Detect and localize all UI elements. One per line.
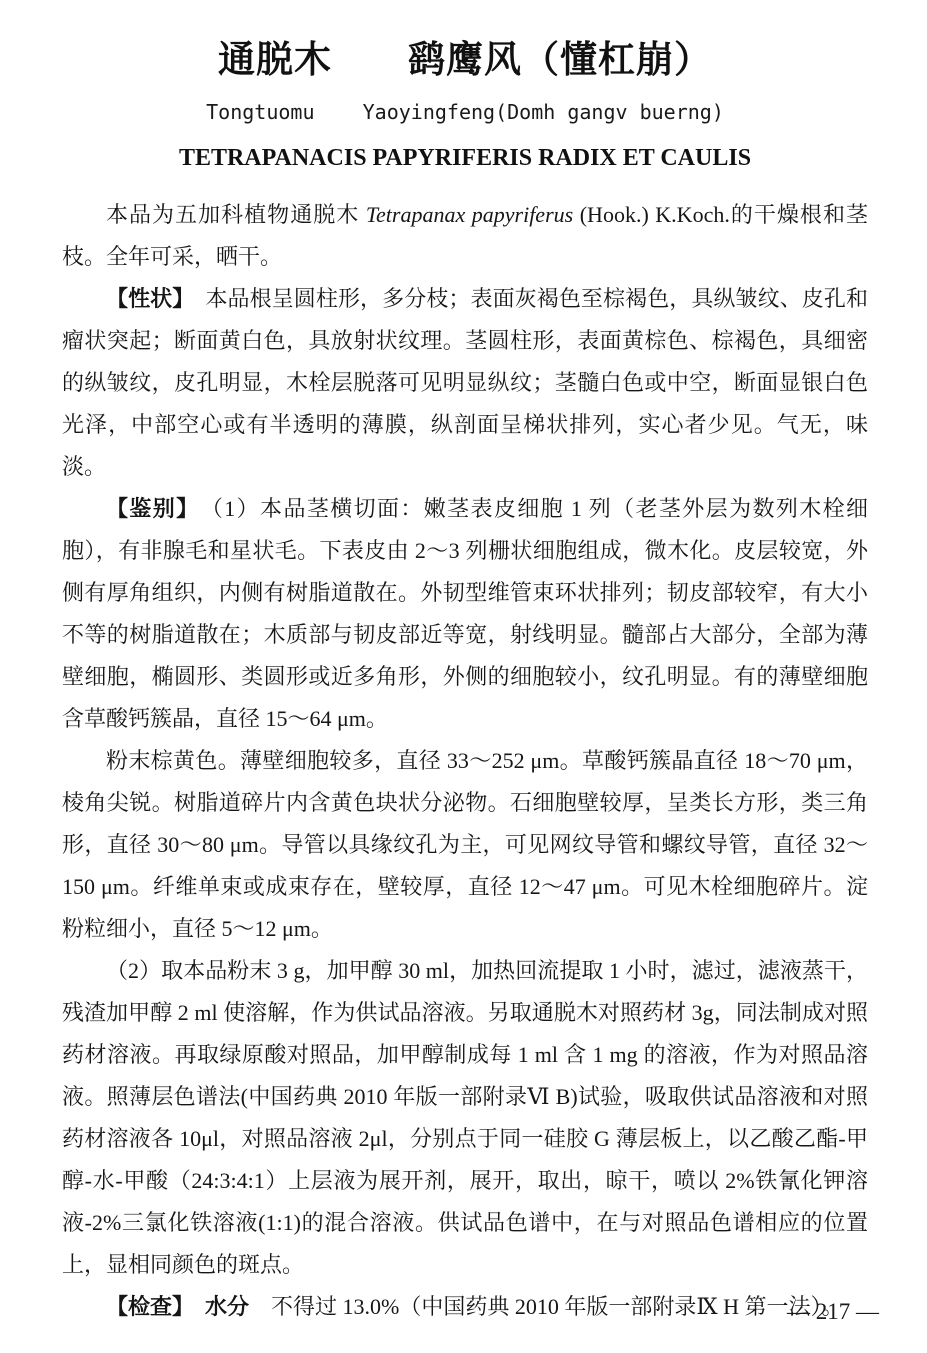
page-title-latin: TETRAPANACIS PAPYRIFERIS RADIX ET CAULIS bbox=[62, 144, 868, 172]
section-heading: 【性状】 bbox=[106, 286, 183, 311]
identification-1-paragraph: 【鉴别】 （1）本品茎横切面：嫩茎表皮细胞 1 列（老茎外层为数列木栓细胞），有… bbox=[62, 488, 868, 740]
page-title-pinyin: Tongtuomu Yaoyingfeng(Domh gangv buerng) bbox=[62, 100, 868, 124]
text-segment: 不得过 13.0%（中国药典 2010 年版一部附录Ⅸ H 第一法）。 bbox=[249, 1294, 843, 1319]
powder-paragraph: 粉末棕黄色。薄壁细胞较多，直径 33～252 μm。草酸钙簇晶直径 18～70 … bbox=[62, 740, 868, 950]
page-content: 通脱木 鹞鹰风（懂杠崩） Tongtuomu Yaoyingfeng(Domh … bbox=[62, 36, 868, 1328]
section-heading: 【检查】 bbox=[106, 1294, 183, 1319]
source-paragraph: 本品为五加科植物通脱木 Tetrapanax papyriferus (Hook… bbox=[62, 194, 868, 278]
section-heading: 水分 bbox=[205, 1294, 249, 1319]
page-number: — 217 — bbox=[787, 1299, 879, 1325]
text-segment: （2）取本品粉末 3 g，加甲醇 30 ml，加热回流提取 1 小时，滤过，滤液… bbox=[62, 958, 868, 1277]
text-segment: 粉末棕黄色。薄壁细胞较多，直径 33～252 μm。草酸钙簇晶直径 18～70 … bbox=[62, 748, 868, 941]
text-segment: （1）本品茎横切面：嫩茎表皮细胞 1 列（老茎外层为数列木栓细胞），有非腺毛和星… bbox=[62, 496, 868, 731]
identification-2-paragraph: （2）取本品粉末 3 g，加甲醇 30 ml，加热回流提取 1 小时，滤过，滤液… bbox=[62, 950, 868, 1286]
properties-paragraph: 【性状】 本品根呈圆柱形，多分枝；表面灰褐色至棕褐色，具纵皱纹、皮孔和瘤状突起；… bbox=[62, 278, 868, 488]
inspection-paragraph: 【检查】 水分 不得过 13.0%（中国药典 2010 年版一部附录Ⅸ H 第一… bbox=[62, 1286, 868, 1328]
text-segment bbox=[183, 1294, 205, 1319]
body-text: 本品为五加科植物通脱木 Tetrapanax papyriferus (Hook… bbox=[62, 194, 868, 1328]
text-segment: 本品为五加科植物通脱木 bbox=[106, 202, 366, 227]
page-title-chinese: 通脱木 鹞鹰风（懂杠崩） bbox=[62, 36, 868, 84]
section-heading: 【鉴别】 bbox=[106, 496, 189, 521]
document-page: 通脱木 鹞鹰风（懂杠崩） Tongtuomu Yaoyingfeng(Domh … bbox=[0, 0, 927, 1353]
text-segment: Tetrapanax papyriferus bbox=[366, 202, 573, 227]
text-segment: 本品根呈圆柱形，多分枝；表面灰褐色至棕褐色，具纵皱纹、皮孔和瘤状突起；断面黄白色… bbox=[62, 286, 868, 479]
